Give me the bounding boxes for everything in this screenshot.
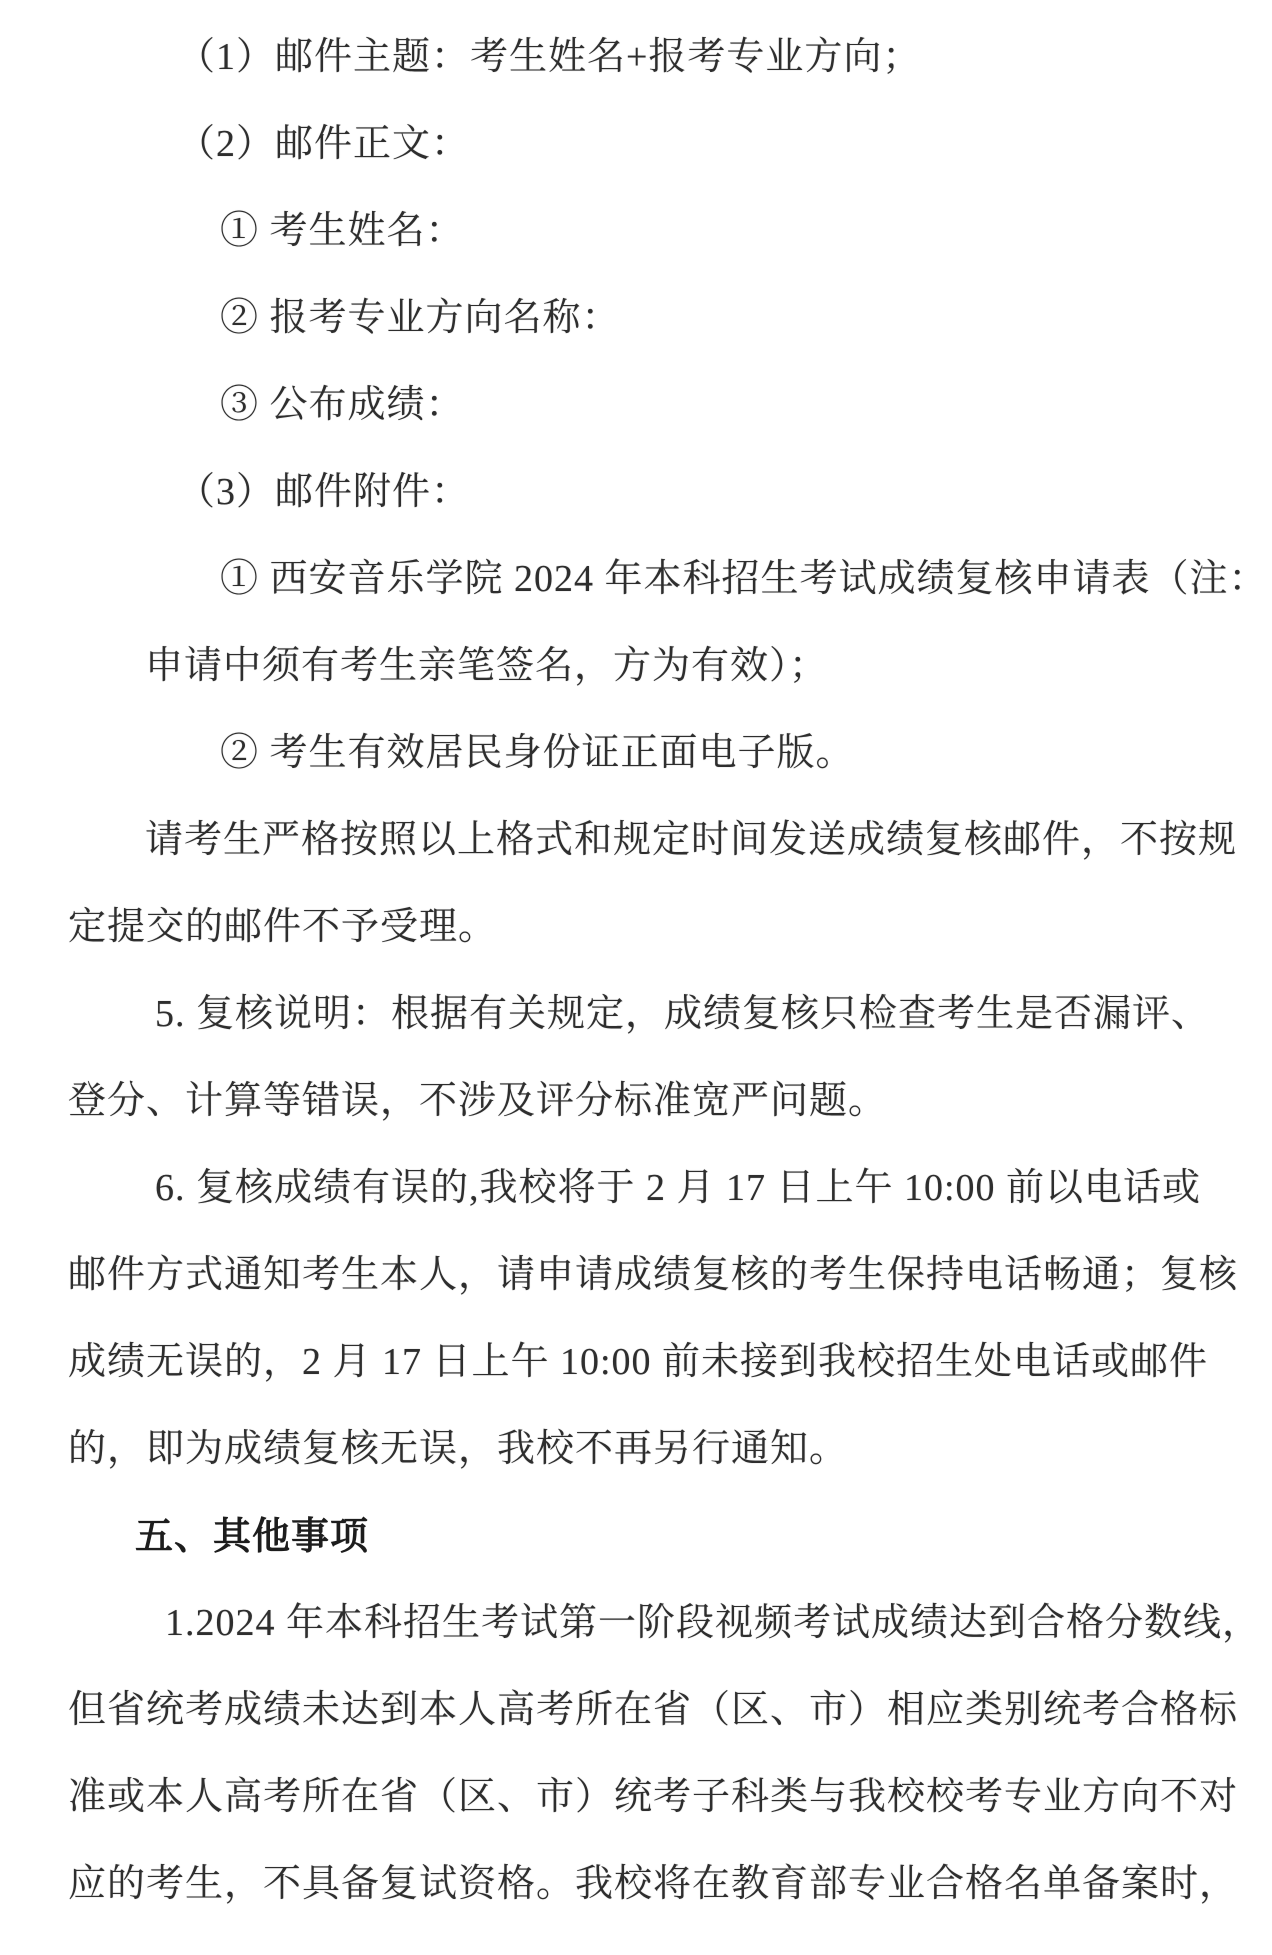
section-heading: 五、其他事项	[0, 1493, 1272, 1580]
doc-line: ② 报考专业方向名称：	[0, 275, 1272, 362]
doc-line: 定提交的邮件不予受理。	[0, 884, 1272, 971]
doc-line: 5. 复核说明：根据有关规定，成绩复核只检查考生是否漏评、	[0, 971, 1272, 1058]
doc-line: 但省统考成绩未达到本人高考所在省（区、市）相应类别统考合格标	[0, 1667, 1272, 1754]
doc-line: （2）邮件正文：	[0, 101, 1272, 188]
doc-line: 邮件方式通知考生本人，请申请成绩复核的考生保持电话畅通；复核	[0, 1232, 1272, 1319]
doc-line: ③ 公布成绩：	[0, 362, 1272, 449]
doc-line: ① 西安音乐学院 2024 年本科招生考试成绩复核申请表（注：	[0, 536, 1272, 623]
doc-line: 请考生严格按照以上格式和规定时间发送成绩复核邮件，不按规	[0, 797, 1272, 884]
doc-line: 6. 复核成绩有误的,我校将于 2 月 17 日上午 10:00 前以电话或	[0, 1145, 1272, 1232]
document-page: （1）邮件主题：考生姓名+报考专业方向；（2）邮件正文：① 考生姓名：② 报考专…	[0, 14, 1272, 1928]
doc-line: 成绩无误的，2 月 17 日上午 10:00 前未接到我校招生处电话或邮件	[0, 1319, 1272, 1406]
doc-line: ① 考生姓名：	[0, 188, 1272, 275]
doc-line: 应的考生，不具备复试资格。我校将在教育部专业合格名单备案时，	[0, 1841, 1272, 1928]
doc-line: 的，即为成绩复核无误，我校不再另行通知。	[0, 1406, 1272, 1493]
doc-line: 登分、计算等错误，不涉及评分标准宽严问题。	[0, 1058, 1272, 1145]
doc-line: ② 考生有效居民身份证正面电子版。	[0, 710, 1272, 797]
doc-line: 准或本人高考所在省（区、市）统考子科类与我校校考专业方向不对	[0, 1754, 1272, 1841]
doc-line: 申请中须有考生亲笔签名，方为有效）；	[0, 623, 1272, 710]
doc-line: （1）邮件主题：考生姓名+报考专业方向；	[0, 14, 1272, 101]
doc-line: （3）邮件附件：	[0, 449, 1272, 536]
doc-line: 1.2024 年本科招生考试第一阶段视频考试成绩达到合格分数线，	[0, 1580, 1272, 1667]
document-screenshot: { "page": { "background": "#ffffff", "te…	[0, 0, 1272, 1955]
